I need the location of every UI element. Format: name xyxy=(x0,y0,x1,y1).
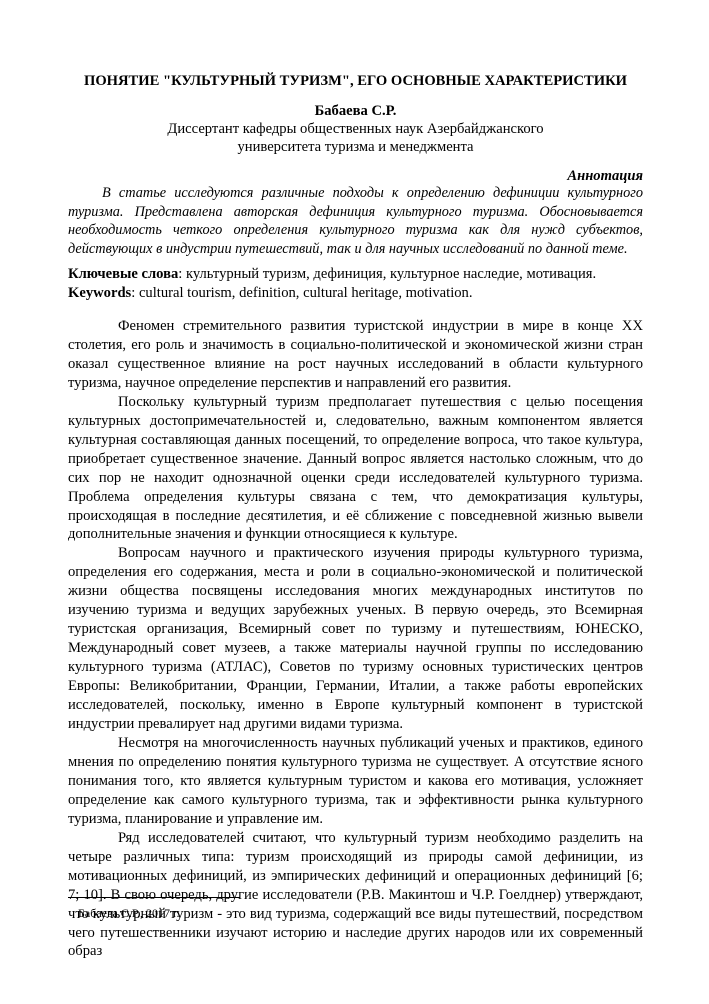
keywords-ru-label: Ключевые слова xyxy=(68,266,178,282)
keywords-en-label: Keywords xyxy=(68,285,131,301)
article-title: ПОНЯТИЕ "КУЛЬТУРНЫЙ ТУРИЗМ", ЕГО ОСНОВНЫ… xyxy=(68,72,643,90)
keywords-en-text: : cultural tourism, definition, cultural… xyxy=(131,285,472,301)
article-body: Феномен стремительного развития туристск… xyxy=(68,317,643,961)
abstract-heading: Аннотация xyxy=(68,167,643,185)
keywords-section: Ключевые слова: культурный туризм, дефин… xyxy=(68,265,643,302)
affiliation-line-1: Диссертант кафедры общественных наук Азе… xyxy=(68,120,643,138)
body-paragraph: Феномен стремительного развития туристск… xyxy=(68,317,643,393)
body-paragraph: Несмотря на многочисленность научных пуб… xyxy=(68,734,643,829)
author-name: Бабаева С.Р. xyxy=(68,102,643,120)
body-paragraph: Поскольку культурный туризм предполагает… xyxy=(68,393,643,545)
author-affiliation: Диссертант кафедры общественных наук Азе… xyxy=(68,120,643,156)
affiliation-line-2: университета туризма и менеджмента xyxy=(68,138,643,156)
footnote-text: Бабаева С.Р., 2017 г. xyxy=(78,906,180,920)
keywords-ru-text: : культурный туризм, дефиниция, культурн… xyxy=(178,266,596,282)
footnote-divider xyxy=(68,897,240,898)
abstract-text: В статье исследуются различные подходы к… xyxy=(68,184,643,258)
body-paragraph: Ряд исследователей считают, что культурн… xyxy=(68,829,643,962)
body-paragraph: Вопросам научного и практического изучен… xyxy=(68,544,643,734)
keywords-ru: Ключевые слова: культурный туризм, дефин… xyxy=(68,265,643,284)
keywords-en: Keywords: cultural tourism, definition, … xyxy=(68,284,643,303)
